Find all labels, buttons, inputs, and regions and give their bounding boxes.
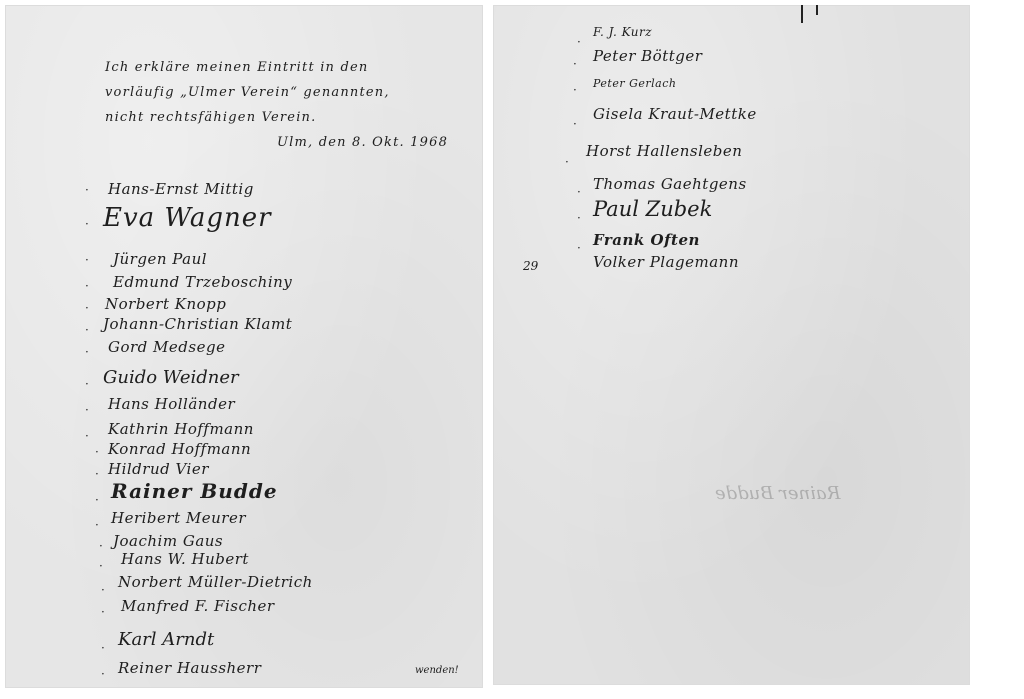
signature: Edmund Trzeboschiny <box>113 273 292 291</box>
signature: Hans Holländer <box>108 395 235 413</box>
bullet: · <box>95 518 99 532</box>
signature: Manfred F. Fischer <box>121 597 275 615</box>
signature: Peter Gerlach <box>593 77 676 90</box>
bullet: · <box>85 253 89 267</box>
signature: Johann-Christian Klamt <box>103 315 292 333</box>
bullet: · <box>99 539 103 553</box>
signature: Norbert Knopp <box>105 295 226 313</box>
signature: Kathrin Hoffmann <box>108 420 254 438</box>
signature: Eva Wagner <box>103 203 272 233</box>
declaration-line-2: vorläufig „Ulmer Verein“ genannten, <box>105 85 390 100</box>
signature: Horst Hallensleben <box>586 142 742 160</box>
bullet: · <box>85 183 89 197</box>
bullet: · <box>85 301 89 315</box>
signature: Heribert Meurer <box>111 509 246 527</box>
bullet: · <box>577 211 581 225</box>
bullet: · <box>577 241 581 255</box>
bullet: · <box>99 559 103 573</box>
bullet: · <box>565 155 569 169</box>
signature: Konrad Hoffmann <box>108 440 251 458</box>
signature: Frank Often <box>593 231 700 249</box>
signature: F. J. Kurz <box>593 25 652 39</box>
signature: Gisela Kraut-Mettke <box>593 105 757 123</box>
signature: Reiner Haussherr <box>118 659 261 677</box>
bullet: · <box>101 605 105 619</box>
signature: Hans W. Hubert <box>121 550 249 568</box>
bullet: · <box>85 279 89 293</box>
ink-mark <box>816 5 818 15</box>
signature: Volker Plagemann <box>593 253 739 271</box>
bullet: · <box>573 83 577 97</box>
signature: Hans-Ernst Mittig <box>108 180 254 198</box>
signature: Hildrud Vier <box>108 460 209 478</box>
bullet: · <box>85 403 89 417</box>
bullet: · <box>95 445 99 459</box>
signature: Jürgen Paul <box>113 250 207 268</box>
signature: Rainer Budde <box>111 479 278 503</box>
footer-note: wenden! <box>415 665 459 676</box>
place-date: Ulm, den 8. Okt. 1968 <box>277 135 448 150</box>
bullet: · <box>85 377 89 391</box>
bullet: · <box>85 429 89 443</box>
bullet: · <box>85 345 89 359</box>
left-page: Ich erkläre meinen Eintritt in den vorlä… <box>5 5 483 688</box>
bullet: · <box>573 57 577 71</box>
bullet: · <box>573 117 577 131</box>
bullet: · <box>101 641 105 655</box>
declaration-line-3: nicht rechtsfähigen Verein. <box>105 110 316 125</box>
bullet: · <box>95 467 99 481</box>
ink-mark <box>801 5 803 23</box>
signature: Paul Zubek <box>593 197 712 221</box>
bullet: · <box>85 217 89 231</box>
bleed-through-text: Rainer Budde <box>715 483 841 504</box>
right-page: · F. J. Kurz · Peter Böttger · Peter Ger… <box>493 5 970 685</box>
bullet: · <box>577 185 581 199</box>
bullet: · <box>101 583 105 597</box>
signature: Gord Medsege <box>108 338 225 356</box>
declaration-line-1: Ich erkläre meinen Eintritt in den <box>105 60 368 75</box>
signature: Thomas Gaehtgens <box>593 175 747 193</box>
bullet: · <box>101 667 105 681</box>
signature: Peter Böttger <box>593 47 702 65</box>
signature: Guido Weidner <box>103 367 239 388</box>
signature: Norbert Müller-Dietrich <box>118 573 313 591</box>
bullet: · <box>95 493 99 507</box>
bullet: · <box>85 323 89 337</box>
bullet: · <box>577 35 581 49</box>
signature: Joachim Gaus <box>113 532 223 550</box>
margin-number: 29 <box>523 259 538 273</box>
signature: Karl Arndt <box>118 629 214 650</box>
